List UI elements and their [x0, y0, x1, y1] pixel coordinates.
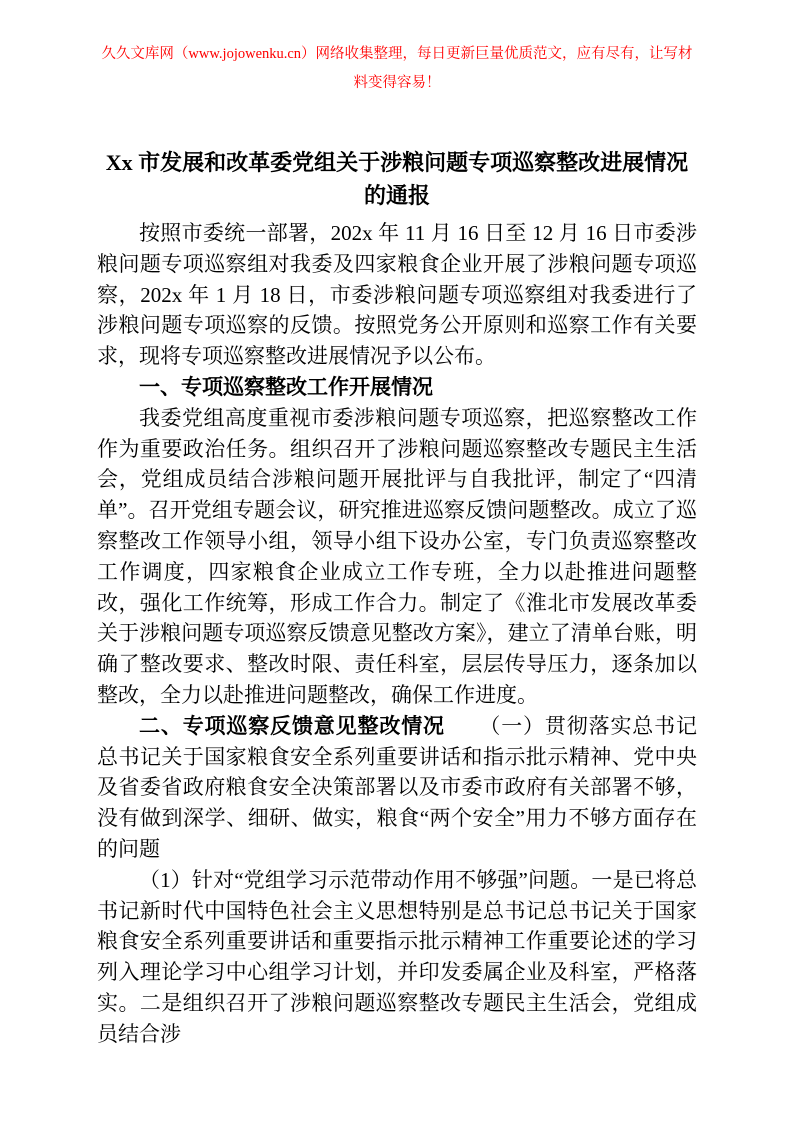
paragraph-section-2-lead: 二、专项巡察反馈意见整改情况（一）贯彻落实总书记总书记关于国家粮食安全系列重要讲…: [97, 711, 697, 865]
document-content: Xx 市发展和改革委党组关于涉粮问题专项巡察整改进展情况的通报 按照市委统一部署…: [97, 146, 697, 1050]
section-1-heading: 一、专项巡察整改工作开展情况: [97, 372, 697, 403]
site-watermark-header: 久久文库网（www.jojowenku.cn）网络收集整理，每日更新巨量优质范文…: [96, 40, 698, 98]
section-2-heading: 二、专项巡察反馈意见整改情况: [139, 714, 445, 738]
document-title: Xx 市发展和改革委党组关于涉粮问题专项巡察整改进展情况的通报: [97, 146, 697, 212]
paragraph-item-1: （1）针对“党组学习示范带动作用不够强”问题。一是已将总书记新时代中国特色社会主…: [97, 865, 697, 1050]
paragraph-intro: 按照市委统一部署，202x 年 11 月 16 日至 12 月 16 日市委涉粮…: [97, 218, 697, 372]
document-page: 久久文库网（www.jojowenku.cn）网络收集整理，每日更新巨量优质范文…: [0, 0, 793, 1122]
paragraph-section-1: 我委党组高度重视市委涉粮问题专项巡察，把巡察整改工作作为重要政治任务。组织召开了…: [97, 403, 697, 711]
